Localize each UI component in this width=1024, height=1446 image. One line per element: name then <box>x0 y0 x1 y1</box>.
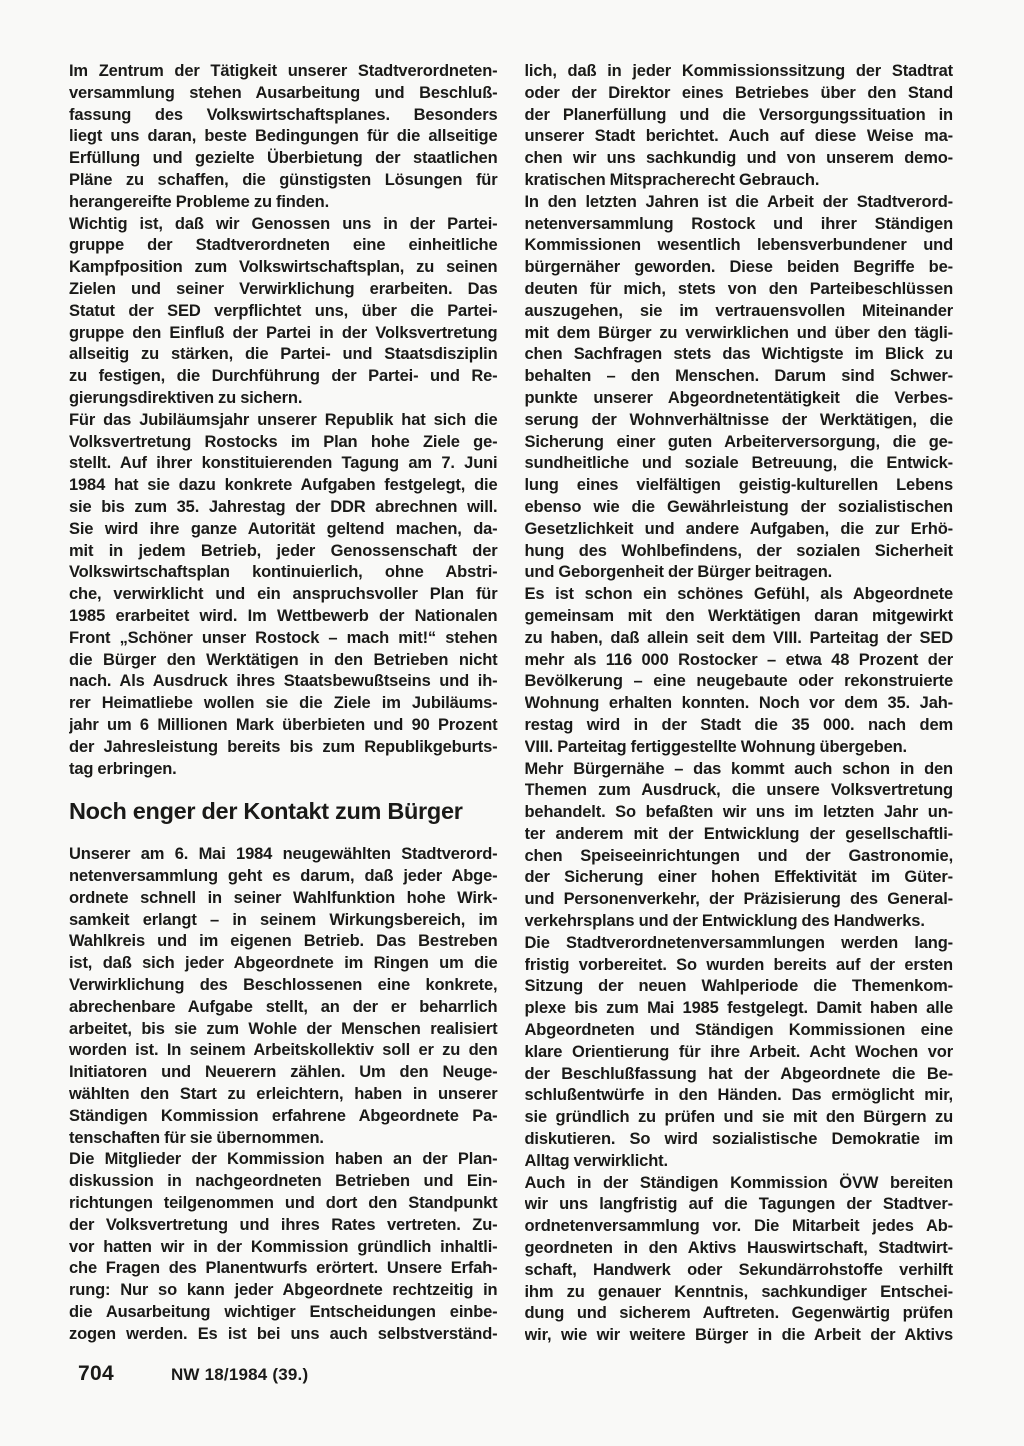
text-line: stellt. Auf ihrer konstituierenden Tagun… <box>69 453 498 475</box>
paragraph: Mehr Bürgernähe – das kommt auch schon i… <box>525 759 954 933</box>
text-line: plexe bis zum Mai 1985 festgelegt. Damit… <box>525 998 954 1020</box>
text-line: Mehr Bürgernähe – das kommt auch schon i… <box>525 759 954 781</box>
text-line: lung eines vielfältigen geistig-kulturel… <box>525 475 954 497</box>
text-line: schaft, Handwerk oder Sekundärrohstoffe … <box>525 1260 954 1282</box>
text-line: der Planerfüllung und die Versorgungssit… <box>525 105 954 127</box>
text-line: Wohnung erhalten konnten. Noch vor dem 3… <box>525 693 954 715</box>
text-line: diskutieren. So wird sozialistische Demo… <box>525 1129 954 1151</box>
text-line: gierungsdirektiven zu sichern. <box>69 388 498 410</box>
paragraph: Im Zentrum der Tätigkeit unserer Stadtve… <box>69 61 498 214</box>
text-line: versammlung stehen Ausarbeitung und Besc… <box>69 83 498 105</box>
text-line: behandelt. So befaßten wir uns im letzte… <box>525 802 954 824</box>
text-line: Unserer am 6. Mai 1984 neugewählten Stad… <box>69 844 498 866</box>
text-line: der Beschlußfassung hat der Abgeordnete … <box>525 1064 954 1086</box>
text-line: chen Sachfragen stets das Wichtigste im … <box>525 344 954 366</box>
text-line: rer Heimatliebe wollen sie die Ziele im … <box>69 693 498 715</box>
text-line: wir, wie wir weitere Bürger in die Arbei… <box>525 1325 954 1347</box>
text-line: Für das Jubiläumsjahr unserer Republik h… <box>69 410 498 432</box>
text-line: geordneten in den Aktivs Hauswirtschaft,… <box>525 1238 954 1260</box>
text-line: bürgernäher geworden. Diese beiden Begri… <box>525 257 954 279</box>
paragraph: In den letzten Jahren ist die Arbeit der… <box>525 192 954 584</box>
text-line: zu haben, daß allein seit dem VIII. Part… <box>525 628 954 650</box>
text-line: mit dem Bürger zu verwirklichen und über… <box>525 323 954 345</box>
paragraph: Die Stadtverordnetenversammlungen werden… <box>525 933 954 1173</box>
section-heading: Noch enger der Kontakt zum Bürger <box>69 797 498 825</box>
text-line: Gesetzlichkeit und andere Aufgaben, die … <box>525 519 954 541</box>
text-line: Sitzung der neuen Wahlperiode die Themen… <box>525 976 954 998</box>
text-line: behalten – den Menschen. Darum sind Schw… <box>525 366 954 388</box>
text-line: schlußentwürfe in den Händen. Das ermögl… <box>525 1085 954 1107</box>
text-line: ordnete schnell in seiner Wahlfunktion h… <box>69 888 498 910</box>
text-line: netenversammlung geht es darum, daß jede… <box>69 866 498 888</box>
text-line: Verwirklichung des Beschlossenen eine ko… <box>69 975 498 997</box>
text-line: serung der Wohnverhältnisse der Werktäti… <box>525 410 954 432</box>
text-line: und Personenverkehr, der Präzisierung de… <box>525 889 954 911</box>
text-line: chen wir uns sachkundig und von unserem … <box>525 148 954 170</box>
text-line: ordnetenversammlung vor. Die Mitarbeit j… <box>525 1216 954 1238</box>
text-line: Kommissionen wesentlich lebensverbundene… <box>525 235 954 257</box>
text-line: Zielen und seiner Verwirklichung erarbei… <box>69 279 498 301</box>
paragraph: Unserer am 6. Mai 1984 neugewählten Stad… <box>69 844 498 1149</box>
text-line: oder der Direktor eines Betriebes über d… <box>525 83 954 105</box>
text-line: kratischen Mitspracherecht Gebrauch. <box>525 170 954 192</box>
text-line: wählten den Start zu erleichtern, haben … <box>69 1084 498 1106</box>
magazine-page: Im Zentrum der Tätigkeit unserer Stadtve… <box>0 0 1024 1446</box>
text-line: der Volksvertretung und ihres Rates vert… <box>69 1215 498 1237</box>
paragraph: lich, daß in jeder Kommissionssitzung de… <box>525 61 954 192</box>
text-line: Sicherung einer guten Arbeiterversorgung… <box>525 432 954 454</box>
text-line: tag erbringen. <box>69 759 498 781</box>
text-line: Die Mitglieder der Kommission haben an d… <box>69 1149 498 1171</box>
text-line: Statut der SED verpflichtet uns, über di… <box>69 301 498 323</box>
text-line: che Fragen des Planentwurfs erörtert. Un… <box>69 1258 498 1280</box>
page-number: 704 <box>78 1362 114 1386</box>
paragraph: Wichtig ist, daß wir Genossen uns in der… <box>69 214 498 410</box>
text-line: fristig vorbereitet. So wurden bereits a… <box>525 955 954 977</box>
text-line: zu festigen, die Durchführung der Partei… <box>69 366 498 388</box>
text-line: ihm zu genauer Kenntnis, sachkundiger En… <box>525 1282 954 1304</box>
text-line: sundheitliche und soziale Betreuung, die… <box>525 453 954 475</box>
text-line: che, verwirklicht und ein anspruchsvolle… <box>69 584 498 606</box>
text-line: fassung des Volkswirtschaftsplanes. Beso… <box>69 105 498 127</box>
text-line: Bevölkerung – eine neugebaute oder rekon… <box>525 671 954 693</box>
text-line: dung und sicherem Auftreten. Gegenwärtig… <box>525 1303 954 1325</box>
text-line: Sie wird ihre ganze Autorität geltend ma… <box>69 519 498 541</box>
text-line: und Geborgenheit der Bürger beitragen. <box>525 562 954 584</box>
page-footer: 704 NW 18/1984 (39.) <box>78 1362 308 1386</box>
text-line: gemeinsam mit den Werktätigen daran mitg… <box>525 606 954 628</box>
text-line: ist, daß sich jeder Abgeordnete im Ringe… <box>69 953 498 975</box>
text-line: liegt uns daran, beste Bedingungen für d… <box>69 126 498 148</box>
text-line: herangereifte Probleme zu finden. <box>69 192 498 214</box>
text-line: der Sicherung einer hohen Effektivität i… <box>525 867 954 889</box>
article-columns: Im Zentrum der Tätigkeit unserer Stadtve… <box>69 61 953 1347</box>
text-line: klare Orientierung für ihre Arbeit. Acht… <box>525 1042 954 1064</box>
text-line: nach. Als Ausdruck ihres Staatsbewußtsei… <box>69 671 498 693</box>
text-line: vor hatten wir in der Kommission gründli… <box>69 1237 498 1259</box>
text-line: Volksvertretung Rostocks im Plan hohe Zi… <box>69 432 498 454</box>
right-column: lich, daß in jeder Kommissionssitzung de… <box>525 61 954 1347</box>
text-line: lich, daß in jeder Kommissionssitzung de… <box>525 61 954 83</box>
text-line: restag wird in der Stadt die 35 000. nac… <box>525 715 954 737</box>
text-line: abrechenbare Aufgabe stellt, an der er b… <box>69 997 498 1019</box>
text-line: richtungen teilgenommen und dort den Sta… <box>69 1193 498 1215</box>
text-line: sie gründlich zu prüfen und sie mit den … <box>525 1107 954 1129</box>
text-line: worden ist. In seinem Arbeitskollektiv s… <box>69 1040 498 1062</box>
text-line: VIII. Parteitag fertiggestellte Wohnung … <box>525 737 954 759</box>
text-line: gruppe den Einfluß der Partei in der Vol… <box>69 323 498 345</box>
text-line: Die Stadtverordnetenversammlungen werden… <box>525 933 954 955</box>
text-line: Es ist schon ein schönes Gefühl, als Abg… <box>525 584 954 606</box>
text-line: diskussion in nachgeordneten Betrieben u… <box>69 1171 498 1193</box>
text-line: sie bis zum 35. Jahrestag der DDR abrech… <box>69 497 498 519</box>
text-line: In den letzten Jahren ist die Arbeit der… <box>525 192 954 214</box>
text-line: unserer Stadt berichtet. Auch auf diese … <box>525 126 954 148</box>
text-line: Front „Schöner unser Rostock – mach mit!… <box>69 628 498 650</box>
text-line: tenschaften für sie übernommen. <box>69 1128 498 1150</box>
text-line: mehr als 116 000 Rostocker – etwa 48 Pro… <box>525 650 954 672</box>
text-line: zogen werden. Es ist bei uns auch selbst… <box>69 1324 498 1346</box>
text-line: Pläne zu schaffen, die günstigsten Lösun… <box>69 170 498 192</box>
text-line: Auch in der Ständigen Kommission ÖVW ber… <box>525 1173 954 1195</box>
text-line: Themen zum Ausdruck, die unsere Volksver… <box>525 780 954 802</box>
text-line: netenversammlung Rostock und ihrer Ständ… <box>525 214 954 236</box>
text-line: Ständigen Kommission erfahrene Abgeordne… <box>69 1106 498 1128</box>
paragraph: Es ist schon ein schönes Gefühl, als Abg… <box>525 584 954 758</box>
text-line: allseitig zu stärken, die Partei- und St… <box>69 344 498 366</box>
text-line: arbeitet, bis sie zum Wohle der Menschen… <box>69 1019 498 1041</box>
text-line: mit in jedem Betrieb, jeder Genossenscha… <box>69 541 498 563</box>
issue-label: NW 18/1984 (39.) <box>171 1365 308 1385</box>
paragraph: Für das Jubiläumsjahr unserer Republik h… <box>69 410 498 781</box>
text-line: Im Zentrum der Tätigkeit unserer Stadtve… <box>69 61 498 83</box>
left-column: Im Zentrum der Tätigkeit unserer Stadtve… <box>69 61 498 1347</box>
text-line: Kampfposition zum Volkswirtschaftsplan, … <box>69 257 498 279</box>
text-line: verkehrsplans und der Entwicklung des Ha… <box>525 911 954 933</box>
text-line: Abgeordneten und Ständigen Kommissionen … <box>525 1020 954 1042</box>
text-line: auszugehen, sie im vertrauensvollen Mite… <box>525 301 954 323</box>
text-line: punkte unserer Abgeordnetentätigkeit die… <box>525 388 954 410</box>
text-line: die Ausarbeitung wichtiger Entscheidunge… <box>69 1302 498 1324</box>
text-line: ter anderem mit der Entwicklung der gese… <box>525 824 954 846</box>
text-line: ebenso wie die Gewährleistung der sozial… <box>525 497 954 519</box>
text-line: die Bürger den Werktätigen in den Betrie… <box>69 650 498 672</box>
text-line: jahr um 6 Millionen Mark überbieten und … <box>69 715 498 737</box>
text-line: gruppe der Stadtverordneten eine einheit… <box>69 235 498 257</box>
text-line: der Jahresleistung bereits bis zum Repub… <box>69 737 498 759</box>
text-line: rung: Nur so kann jeder Abgeordnete rech… <box>69 1280 498 1302</box>
text-line: Wichtig ist, daß wir Genossen uns in der… <box>69 214 498 236</box>
paragraph: Die Mitglieder der Kommission haben an d… <box>69 1149 498 1345</box>
paragraph: Auch in der Ständigen Kommission ÖVW ber… <box>525 1173 954 1347</box>
text-line: 1985 erarbeitet wird. Im Wettbewerb der … <box>69 606 498 628</box>
text-line: Volkswirtschaftsplan kontinuierlich, ohn… <box>69 562 498 584</box>
text-line: chen Speiseeinrichtungen und der Gastron… <box>525 846 954 868</box>
text-line: 1984 hat sie dazu konkrete Aufgaben fest… <box>69 475 498 497</box>
text-line: Alltag verwirklicht. <box>525 1151 954 1173</box>
text-line: samkeit erlangt – in seinem Wirkungsbere… <box>69 910 498 932</box>
text-line: Erfüllung und gezielte Überbietung der s… <box>69 148 498 170</box>
text-line: Initiatoren und Neuerern zählen. Um den … <box>69 1062 498 1084</box>
text-line: Wahlkreis und im eigenen Betrieb. Das Be… <box>69 931 498 953</box>
text-line: deuten für mich, stets von den Parteibes… <box>525 279 954 301</box>
text-line: wir uns langfristig auf die Tagungen der… <box>525 1194 954 1216</box>
text-line: hung des Wohlbefindens, der sozialen Sic… <box>525 541 954 563</box>
